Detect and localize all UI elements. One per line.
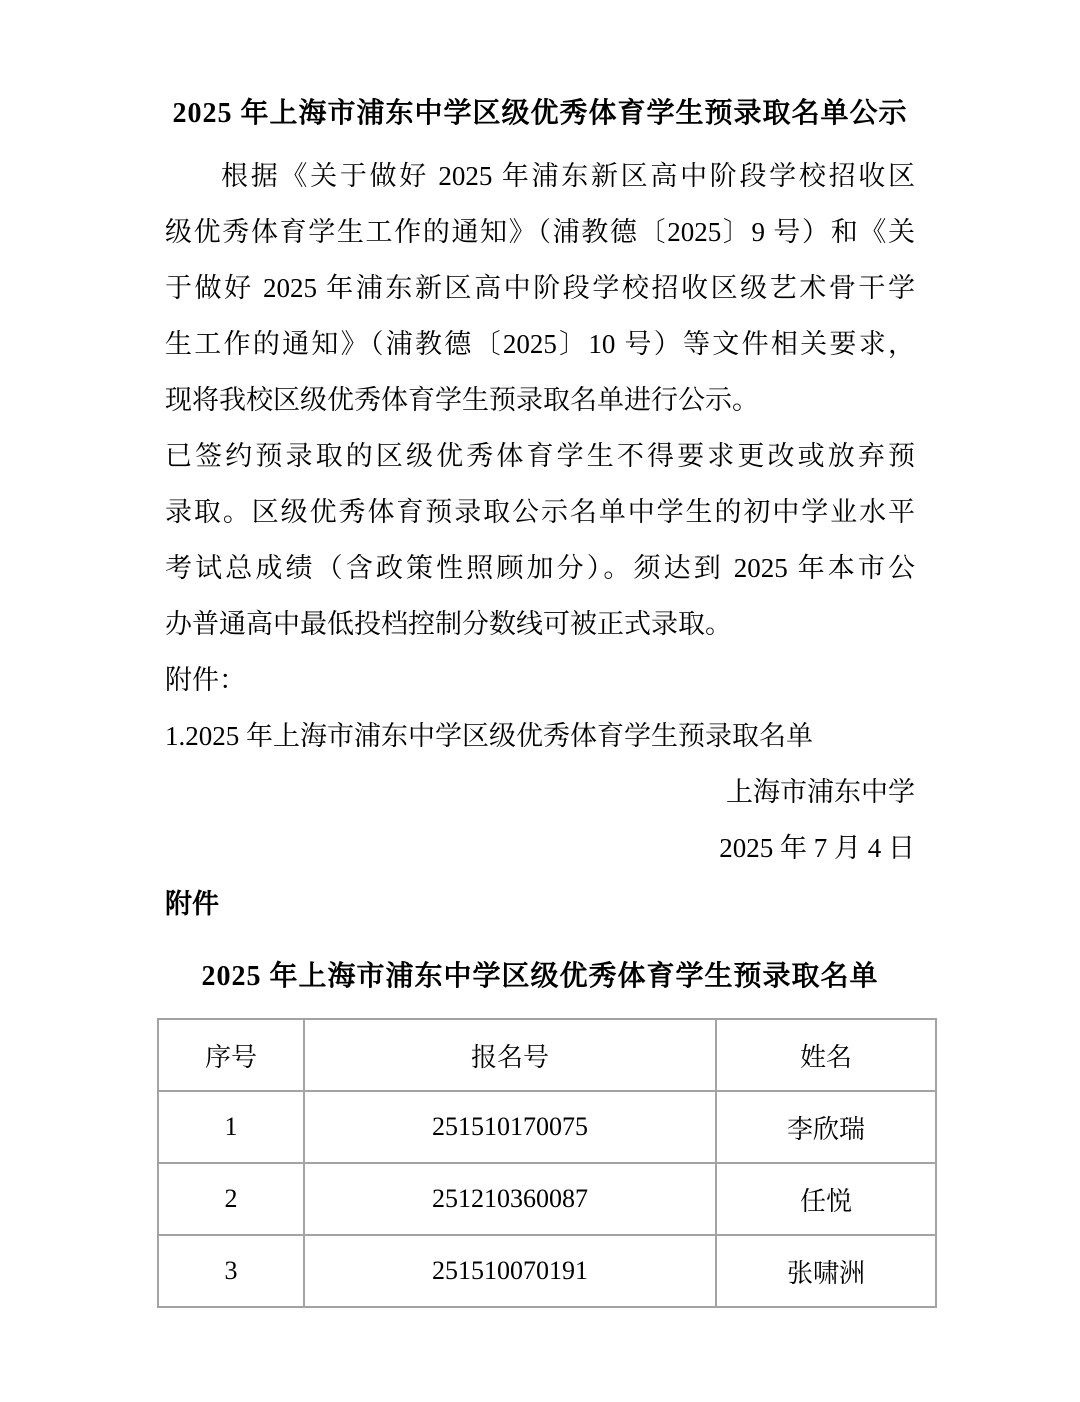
paragraph-line: 录取。区级优秀体育预录取公示名单中学生的初中学业水平 bbox=[165, 484, 915, 540]
cell-reg-no: 251210360087 bbox=[304, 1163, 716, 1235]
paragraph-line: 已签约预录取的区级优秀体育学生不得要求更改或放弃预 bbox=[165, 428, 915, 484]
attachment-item: 1.2025 年上海市浦东中学区级优秀体育学生预录取名单 bbox=[165, 708, 915, 764]
paragraph-line: 现将我校区级优秀体育学生预录取名单进行公示。 bbox=[165, 372, 915, 428]
cell-name: 张啸洲 bbox=[716, 1235, 936, 1307]
table-header-row: 序号 报名号 姓名 bbox=[158, 1019, 936, 1091]
cell-name: 任悦 bbox=[716, 1163, 936, 1235]
cell-no: 2 bbox=[158, 1163, 304, 1235]
header-cell-name: 姓名 bbox=[716, 1019, 936, 1091]
cell-reg-no: 251510070191 bbox=[304, 1235, 716, 1307]
paragraph-line: 办普通高中最低投档控制分数线可被正式录取。 bbox=[165, 596, 915, 652]
cell-reg-no: 251510170075 bbox=[304, 1091, 716, 1163]
header-cell-no: 序号 bbox=[158, 1019, 304, 1091]
paragraph-line: 根据《关于做好 2025 年浦东新区高中阶段学校招收区 bbox=[165, 148, 915, 204]
cell-no: 1 bbox=[158, 1091, 304, 1163]
table-title: 2025 年上海市浦东中学区级优秀体育学生预录取名单 bbox=[165, 955, 915, 999]
appendix-heading: 附件 bbox=[165, 876, 915, 932]
attachment-label: 附件： bbox=[165, 652, 915, 708]
header-cell-reg-no: 报名号 bbox=[304, 1019, 716, 1091]
document-body: 根据《关于做好 2025 年浦东新区高中阶段学校招收区 级优秀体育学生工作的通知… bbox=[165, 148, 915, 932]
roster-table: 序号 报名号 姓名 1 251510170075 李欣瑞 2 251210360… bbox=[157, 1018, 937, 1308]
cell-name: 李欣瑞 bbox=[716, 1091, 936, 1163]
table-row: 1 251510170075 李欣瑞 bbox=[158, 1091, 936, 1163]
cell-no: 3 bbox=[158, 1235, 304, 1307]
paragraph-line: 级优秀体育学生工作的通知》（浦教德〔2025〕9 号）和《关 bbox=[165, 204, 915, 260]
paragraph-line: 生工作的通知》（浦教德〔2025〕10 号）等文件相关要求， bbox=[165, 316, 915, 372]
paragraph-line: 考试总成绩（含政策性照顾加分）。须达到 2025 年本市公 bbox=[165, 540, 915, 596]
table-row: 2 251210360087 任悦 bbox=[158, 1163, 936, 1235]
signature: 上海市浦东中学 bbox=[165, 764, 915, 820]
paragraph-line: 于做好 2025 年浦东新区高中阶段学校招收区级艺术骨干学 bbox=[165, 260, 915, 316]
document-page: 2025 年上海市浦东中学区级优秀体育学生预录取名单公示 根据《关于做好 202… bbox=[0, 0, 1080, 1402]
page-title: 2025 年上海市浦东中学区级优秀体育学生预录取名单公示 bbox=[165, 92, 915, 136]
table-row: 3 251510070191 张啸洲 bbox=[158, 1235, 936, 1307]
date: 2025 年 7 月 4 日 bbox=[165, 820, 915, 876]
